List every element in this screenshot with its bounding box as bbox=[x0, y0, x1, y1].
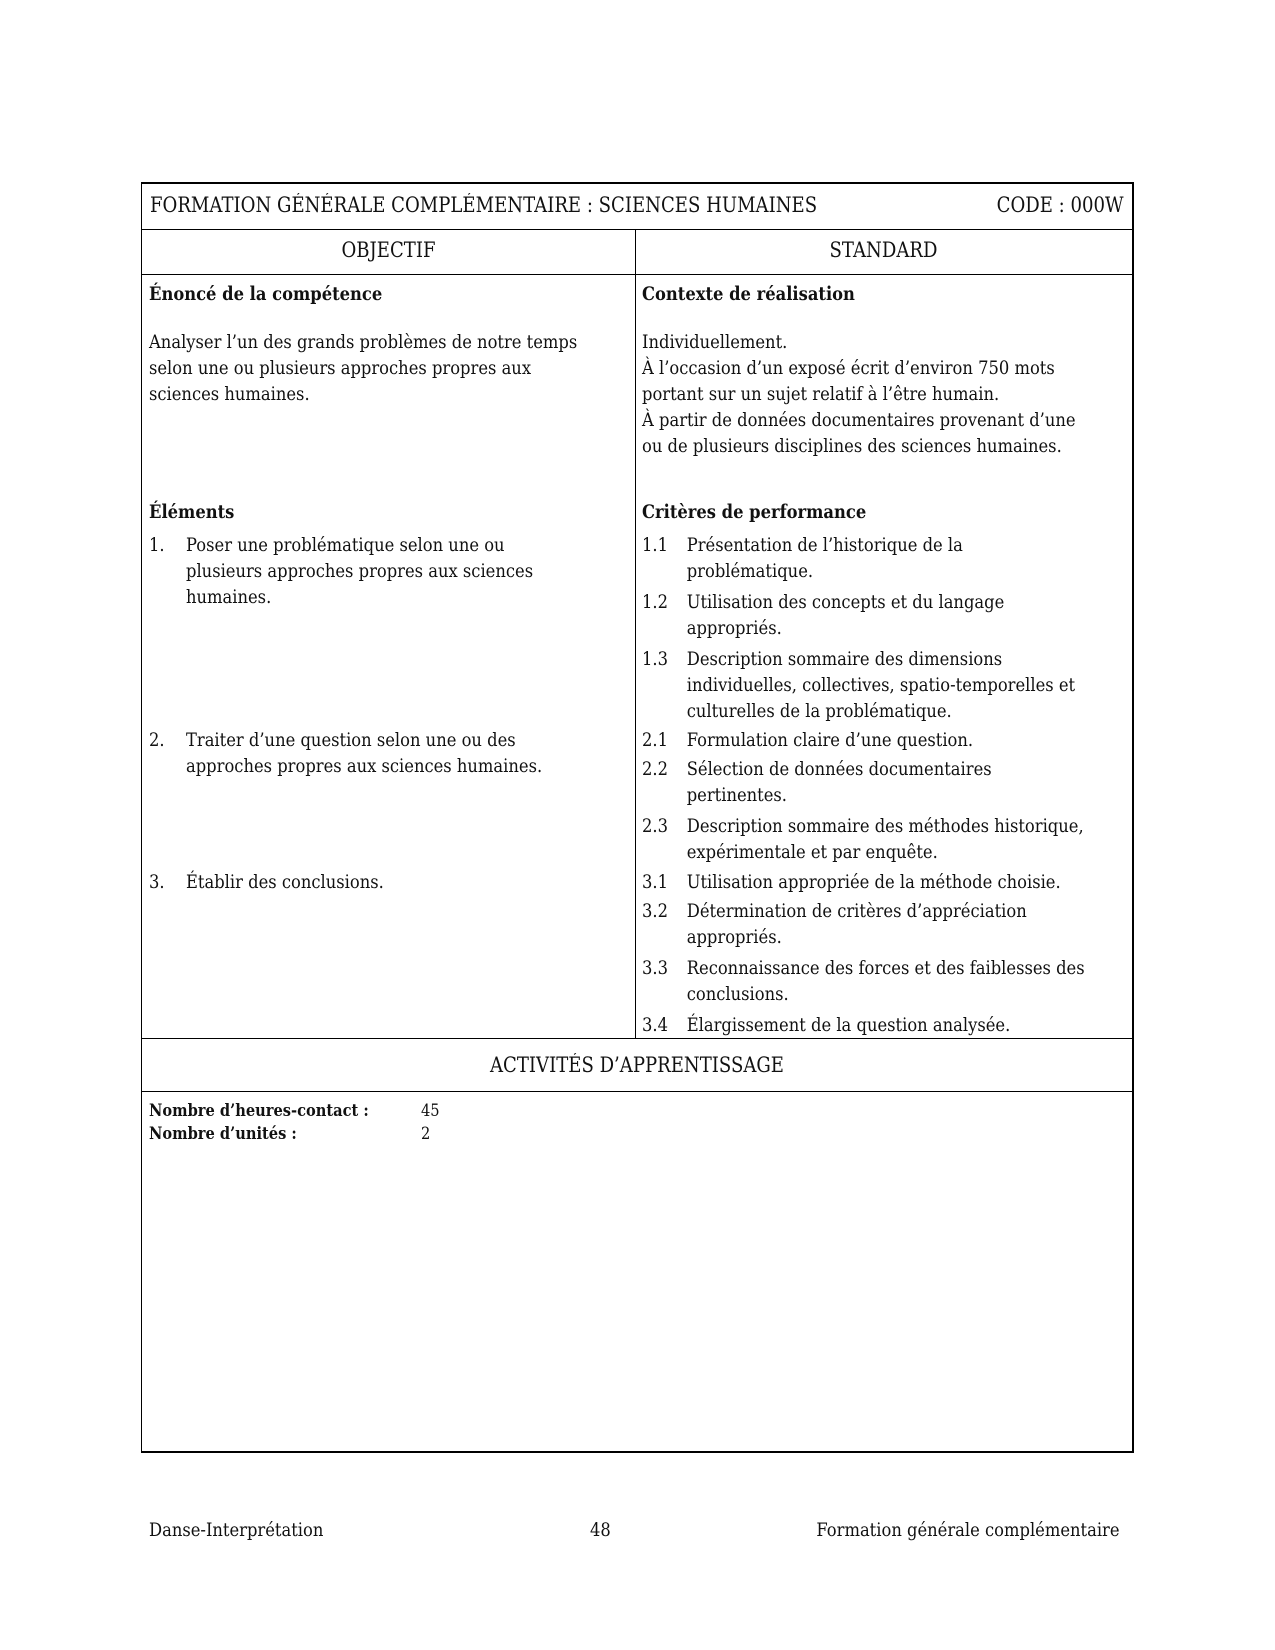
title-row: FORMATION GÉNÉRALE COMPLÉMENTAIRE : SCIE… bbox=[142, 184, 1132, 230]
criteres-heading: Critères de performance bbox=[642, 501, 866, 523]
contexte-line: ou de plusieurs disciplines des sciences… bbox=[642, 433, 1076, 459]
unites-value: 2 bbox=[421, 1123, 430, 1146]
critere-item: 3.2Détermination de critères d’appréciat… bbox=[642, 898, 1027, 950]
element-item: 2.Traiter d’une question selon une ou de… bbox=[149, 727, 542, 779]
contexte-line: À partir de données documentaires proven… bbox=[642, 407, 1076, 433]
critere-item: 3.1Utilisation appropriée de la méthode … bbox=[642, 869, 1061, 895]
critere-item: 3.4Élargissement de la question analysée… bbox=[642, 1012, 1010, 1038]
footer-program: Danse-Interprétation bbox=[149, 1519, 323, 1541]
objectif-heading: OBJECTIF bbox=[177, 238, 601, 262]
enonce-heading: Énoncé de la compétence bbox=[149, 283, 382, 305]
critere-item: 2.2Sélection de données documentairesper… bbox=[642, 756, 992, 808]
element-number: 3. bbox=[149, 869, 186, 895]
heures-contact: Nombre d’heures-contact : 45 bbox=[149, 1100, 405, 1123]
elements-heading: Éléments bbox=[149, 501, 234, 523]
standard-heading: STANDARD bbox=[671, 238, 1097, 262]
course-code: CODE : 000W bbox=[997, 193, 1124, 217]
critere-item: 2.3Description sommaire des méthodes his… bbox=[642, 813, 1084, 865]
enonce-line: sciences humaines. bbox=[149, 381, 577, 407]
contexte-heading: Contexte de réalisation bbox=[642, 283, 855, 305]
contexte-line: À l’occasion d’un exposé écrit d’environ… bbox=[642, 355, 1076, 381]
element-text: Poser une problématique selon une ouplus… bbox=[186, 532, 533, 610]
column-divider bbox=[635, 229, 636, 1039]
element-text: Établir des conclusions. bbox=[186, 869, 384, 895]
critere-item: 1.3Description sommaire des dimensionsin… bbox=[642, 646, 1075, 724]
column-header-row: OBJECTIF STANDARD bbox=[142, 229, 1132, 275]
contexte-text: Individuellement. À l’occasion d’un expo… bbox=[642, 329, 1076, 459]
element-item: 3.Établir des conclusions. bbox=[149, 869, 384, 895]
page-number: 48 bbox=[590, 1519, 611, 1541]
heures-value: 45 bbox=[421, 1100, 440, 1123]
element-number: 2. bbox=[149, 727, 186, 753]
critere-item: 1.2Utilisation des concepts et du langag… bbox=[642, 589, 1004, 641]
activites-header-row: ACTIVITÉS D’APPRENTISSAGE bbox=[142, 1038, 1132, 1092]
element-text: Traiter d’une question selon une ou desa… bbox=[186, 727, 542, 779]
unites: Nombre d’unités : 2 bbox=[149, 1123, 321, 1146]
element-number: 1. bbox=[149, 532, 186, 558]
heures-label: Nombre d’heures-contact : bbox=[149, 1100, 369, 1123]
enonce-line: selon une ou plusieurs approches propres… bbox=[149, 355, 577, 381]
critere-item: 1.1Présentation de l’historique de lapro… bbox=[642, 532, 963, 584]
enonce-text: Analyser l’un des grands problèmes de no… bbox=[149, 329, 577, 407]
element-item: 1.Poser une problématique selon une oupl… bbox=[149, 532, 533, 610]
unites-label: Nombre d’unités : bbox=[149, 1123, 297, 1146]
critere-item: 3.3Reconnaissance des forces et des faib… bbox=[642, 955, 1085, 1007]
enonce-line: Analyser l’un des grands problèmes de no… bbox=[149, 329, 577, 355]
contexte-line: portant sur un sujet relatif à l’être hu… bbox=[642, 381, 1076, 407]
footer-section: Formation générale complémentaire bbox=[817, 1519, 1120, 1541]
competency-table: FORMATION GÉNÉRALE COMPLÉMENTAIRE : SCIE… bbox=[141, 182, 1134, 1453]
course-title: FORMATION GÉNÉRALE COMPLÉMENTAIRE : SCIE… bbox=[150, 193, 817, 217]
critere-item: 2.1Formulation claire d’une question. bbox=[642, 727, 973, 753]
contexte-line: Individuellement. bbox=[642, 329, 1076, 355]
activites-heading: ACTIVITÉS D’APPRENTISSAGE bbox=[211, 1053, 1062, 1077]
